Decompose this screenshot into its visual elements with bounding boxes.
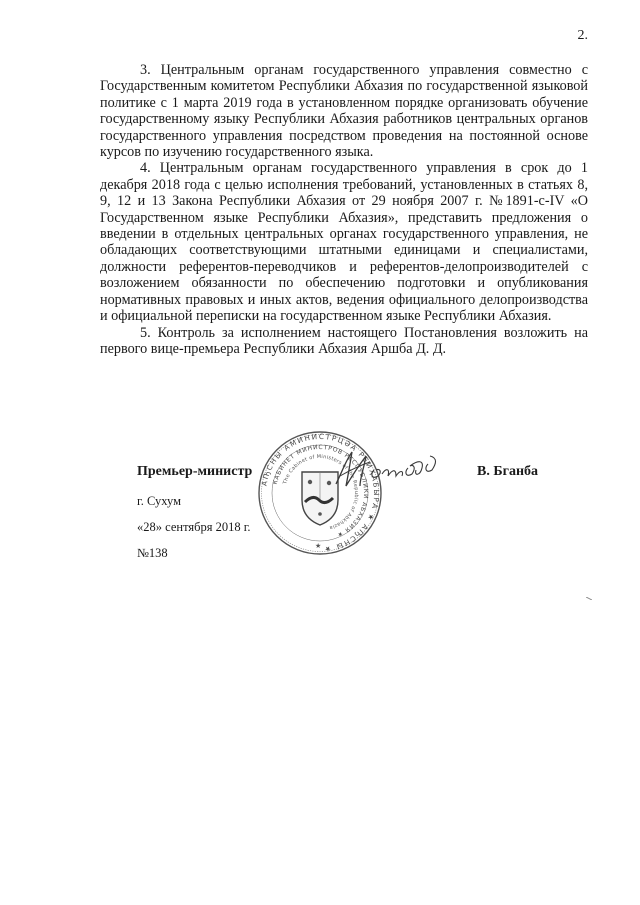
paragraph-3: 3. Центральным органам государственного … <box>100 62 588 160</box>
signatory-title: Премьер-министр <box>137 464 252 480</box>
signatory-name: В. Бганба <box>477 464 538 480</box>
document-number: №138 <box>137 546 168 561</box>
date: «28» сентября 2018 г. <box>137 520 251 535</box>
scan-artifact-mark <box>586 597 592 600</box>
city: г. Сухум <box>137 494 181 509</box>
svg-text:★: ★ <box>315 542 321 550</box>
document-body: 3. Центральным органам государственного … <box>100 62 588 357</box>
paragraph-4: 4. Центральным органам государственного … <box>100 160 588 324</box>
paragraph-5: 5. Контроль за исполнением настоящего По… <box>100 325 588 358</box>
handwritten-signature-icon <box>330 446 460 492</box>
page-number: 2. <box>578 28 589 44</box>
